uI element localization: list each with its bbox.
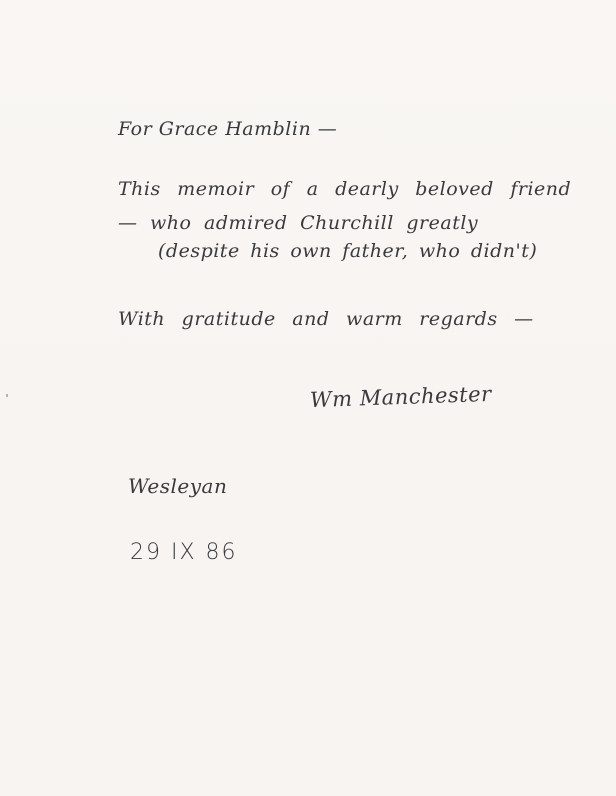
place-name: Wesleyan xyxy=(128,474,227,498)
paper-speck xyxy=(6,394,8,397)
body-line-3: (despite his own father, who didn't) xyxy=(158,240,537,262)
author-signature: Wm Manchester xyxy=(310,382,492,412)
dedication-line: For Grace Hamblin — xyxy=(118,118,337,140)
inscription-page: For Grace Hamblin — This memoir of a dea… xyxy=(0,0,616,796)
inscription-date: 29 IX 86 xyxy=(130,540,238,565)
body-line-2: — who admired Churchill greatly xyxy=(118,212,478,234)
closing-line: With gratitude and warm regards — xyxy=(118,308,534,330)
body-line-1: This memoir of a dearly beloved friend xyxy=(118,178,571,200)
